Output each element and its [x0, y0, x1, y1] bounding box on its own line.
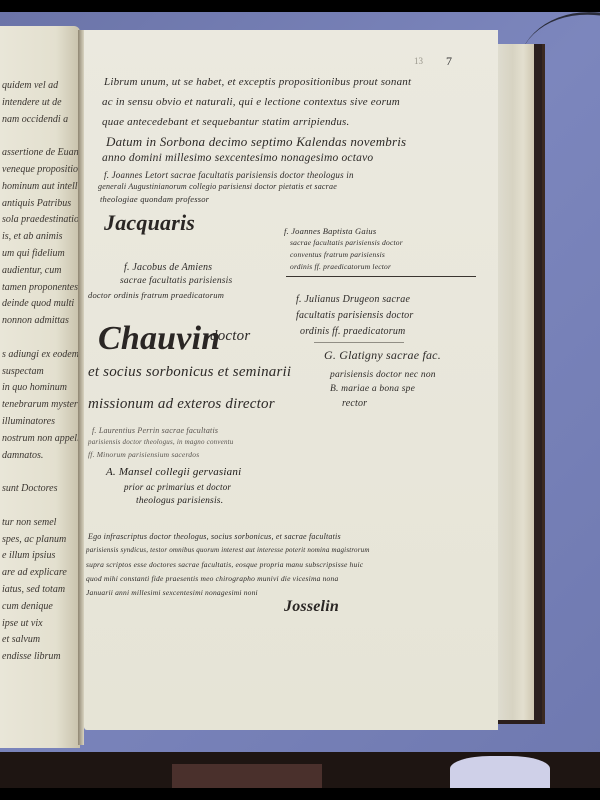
left-page-text-line: nonnon admittas: [2, 315, 69, 326]
left-page-text-line: damnatos.: [2, 450, 43, 461]
left-page-text-line: um qui fidelium: [2, 248, 65, 259]
left-page-text-line: sola praedestinatio: [2, 214, 79, 225]
text-line: ac in sensu obvio et naturali, qui e lec…: [102, 96, 400, 108]
cloth-fold: [450, 756, 550, 788]
approbation-line: sacrae facultatis parisiensis doctor: [290, 238, 403, 247]
approbation-line: parisiensis doctor theologus, in magno c…: [88, 438, 234, 446]
approbation-line: f. Joannes Baptista Gaius: [284, 226, 376, 236]
approbation-line: theologiae quondam professor: [100, 194, 209, 204]
left-page-text-line: audientur, cum: [2, 265, 61, 276]
left-page-text-line: e illum ipsius: [2, 550, 55, 561]
left-page-text-line: suspectam: [2, 366, 44, 377]
signature: Jacquaris: [104, 210, 195, 236]
left-page-text-line: tamen proponentes: [2, 282, 78, 293]
divider-rule: [314, 342, 404, 343]
attestation-line: supra scriptos esse doctores sacrae facu…: [86, 560, 363, 569]
left-page-text-line: tenebrarum mysteria: [2, 399, 80, 410]
attestation-line: parisiensis syndicus, testor omnibus quo…: [86, 546, 370, 554]
approbation-line: G. Glatigny sacrae fac.: [324, 348, 441, 363]
signature: Chauvin: [98, 320, 220, 358]
folio-number: 7: [446, 54, 452, 69]
approbation-line: A. Mansel collegii gervasiani: [106, 466, 241, 478]
left-page: quidem vel adintendere ut denam occidend…: [0, 26, 80, 748]
approbation-line: parisiensis doctor nec non: [330, 370, 436, 380]
approbation-line: conventus fratrum parisiensis: [290, 250, 385, 259]
left-page-text-line: intendere ut de: [2, 97, 62, 108]
divider-rule: [286, 276, 476, 277]
left-page-text-line: nostrum non appellat: [2, 433, 80, 444]
attestation-line: Ego infrascriptus doctor theologus, soci…: [88, 532, 341, 541]
left-page-text-line: s adiungi ex eodem: [2, 349, 79, 360]
approbation-line: missionum ad exteros director: [88, 396, 275, 413]
left-page-text-line: iatus, sed totam: [2, 584, 65, 595]
left-page-text-line: antiquis Patribus: [2, 198, 71, 209]
approbation-line: B. mariae a bona spe: [330, 384, 415, 394]
approbation-line: sacrae facultatis parisiensis: [120, 276, 232, 286]
left-page-text-line: illuminatores: [2, 416, 55, 427]
approbation-line: doctor: [210, 328, 250, 345]
left-page-text-line: quidem vel ad: [2, 80, 58, 91]
approbation-line: f. Laurentius Perrin sacrae facultatis: [92, 426, 218, 435]
approbation-line: ordinis ff. praedicatorum lector: [290, 262, 391, 271]
approbation-line: generali Augustinianorum collegio parisi…: [98, 182, 337, 191]
signature: Josselin: [284, 598, 339, 616]
bottom-letterbox: [0, 788, 600, 800]
left-page-text-line: et salvum: [2, 634, 40, 645]
text-line: Librum unum, ut se habet, et exceptis pr…: [104, 76, 411, 88]
date-line: anno domini millesimo sexcentesimo nonag…: [102, 152, 373, 164]
left-page-text-line: in quo hominum: [2, 382, 67, 393]
left-page-text-line: nam occidendi a: [2, 114, 68, 125]
attestation-line: quod mihi constanti fide praesentis meo …: [86, 574, 338, 583]
left-page-text-line: assertione de Euangel: [2, 147, 80, 158]
left-page-text-line: sunt Doctores: [2, 483, 57, 494]
approbation-line: prior ac primarius et doctor: [124, 482, 231, 492]
date-line: Datum in Sorbona decimo septimo Kalendas…: [106, 134, 406, 150]
left-page-text-line: spes, ac planum: [2, 534, 66, 545]
approbation-line: theologus parisiensis.: [136, 496, 223, 506]
left-page-text-line: hominum aut intellig: [2, 181, 80, 192]
attestation-line: Januarii anni millesimi sexcentesimi non…: [86, 588, 258, 597]
approbation-line: facultatis parisiensis doctor: [296, 310, 413, 321]
top-letterbox: [0, 0, 600, 12]
right-page: 13 7 Librum unum, ut se habet, et except…: [84, 30, 498, 730]
approbation-line: ordinis ff. praedicatorum: [300, 326, 405, 337]
approbation-line: et socius sorbonicus et seminarii: [88, 364, 291, 381]
left-page-text-line: tur non semel: [2, 517, 56, 528]
faint-folio-number: 13: [414, 56, 423, 66]
approbation-line: f. Jacobus de Amiens: [124, 262, 212, 273]
text-line: quae antecedebant et sequebantur statim …: [102, 116, 349, 128]
approbation-line: f. Julianus Drugeon sacrae: [296, 294, 410, 305]
left-page-text-line: veneque propositione: [2, 164, 80, 175]
approbation-line: f. Joannes Letort sacrae facultatis pari…: [104, 170, 354, 180]
left-page-text-line: is, et ab animis: [2, 231, 63, 242]
left-page-text-line: endisse librum: [2, 651, 61, 662]
page-edges: [498, 44, 534, 720]
approbation-line: ff. Minorum parisiensium sacerdos: [88, 450, 199, 459]
left-page-text-line: are ad explicare: [2, 567, 67, 578]
approbation-line: rector: [342, 398, 367, 409]
left-page-text-line: ipse ut vix: [2, 618, 43, 629]
approbation-line: doctor ordinis fratrum praedicatorum: [88, 290, 224, 300]
table-panel: [172, 764, 322, 788]
left-page-text-line: deinde quod multi: [2, 298, 74, 309]
left-page-text-line: cum denique: [2, 601, 53, 612]
